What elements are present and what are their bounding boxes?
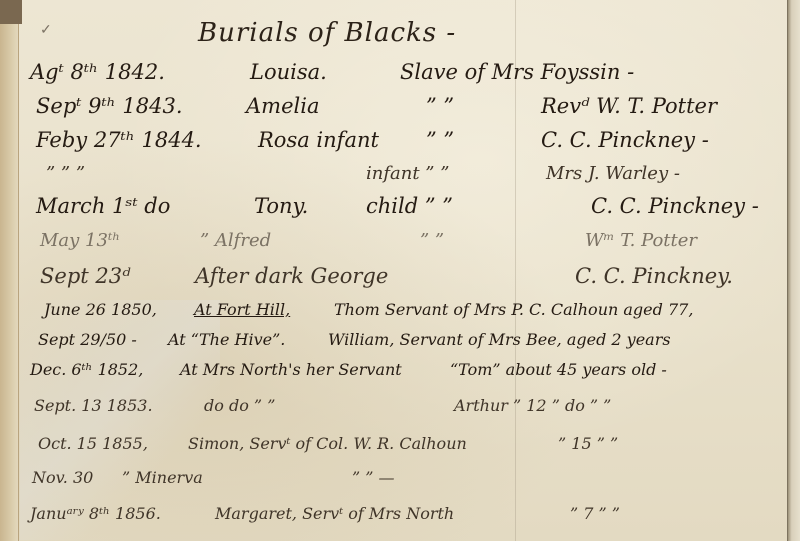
- entry-date: Feby 27ᵗʰ 1844.: [36, 128, 202, 152]
- entry-description: child ” ”: [366, 194, 453, 218]
- entry-owner: C. C. Pinckney -: [541, 128, 709, 152]
- entry-date: Sept. 13 1853.: [34, 396, 153, 415]
- binding-corner: [0, 0, 22, 24]
- entry-description: Thom Servant of Mrs P. C. Calhoun aged 7…: [334, 300, 693, 319]
- entry-description: Arthur ” 12 ” do ” ”: [454, 396, 611, 415]
- entry-name: Louisa.: [250, 60, 327, 84]
- entry-date: March 1ˢᵗ do: [36, 194, 170, 218]
- entry-date: Dec. 6ᵗʰ 1852,: [30, 360, 143, 379]
- entry-name: Simon, Servᵗ of Col. W. R. Calhoun: [188, 434, 467, 453]
- entry-date: Oct. 15 1855,: [38, 434, 148, 453]
- burial-entry: Feby 27ᵗʰ 1844. Rosa infant ” ” C. C. Pi…: [36, 128, 776, 156]
- entry-owner: C. C. Pinckney -: [591, 194, 759, 218]
- entry-owner: Revᵈ W. T. Potter: [541, 94, 717, 118]
- entry-owner: C. C. Pinckney.: [575, 264, 733, 288]
- entry-description: ” ”: [420, 230, 444, 251]
- entry-date: Sept 29/50 -: [38, 330, 137, 349]
- manuscript-page: ✓ Burials of Blacks - Agᵗ 8ᵗʰ 1842. Loui…: [0, 0, 800, 541]
- entry-description: ” ”: [426, 128, 454, 152]
- entry-description: “Tom” about 45 years old -: [450, 360, 667, 379]
- entry-name: After dark George: [195, 264, 388, 288]
- entry-date: Sepᵗ 9ᵗʰ 1843.: [36, 94, 183, 118]
- entry-date: June 26 1850,: [44, 300, 157, 319]
- burial-entry: March 1ˢᵗ do Tony. child ” ” C. C. Pinck…: [36, 194, 776, 222]
- burial-entry: May 13ᵗʰ ” Alfred ” ” Wᵐ T. Potter: [40, 230, 780, 258]
- burial-entry: Nov. 30 ” Minerva ” ” —: [32, 468, 772, 496]
- entry-description: ” ”: [426, 94, 454, 118]
- burial-entry: June 26 1850, At Fort Hill, Thom Servant…: [44, 300, 784, 328]
- burial-entry: Dec. 6ᵗʰ 1852, At Mrs North's her Servan…: [30, 360, 770, 388]
- entry-location: do do ” ”: [204, 396, 275, 415]
- entry-date: Januᵃʳʸ 8ᵗʰ 1856.: [30, 504, 161, 523]
- entry-description: ” 7 ” ”: [570, 504, 620, 523]
- entry-name: ” Alfred: [200, 230, 271, 251]
- entry-name: Amelia: [246, 94, 319, 118]
- entry-name: Tony.: [254, 194, 308, 218]
- entry-date: Nov. 30: [32, 468, 93, 487]
- entry-description: ” ” —: [352, 468, 395, 487]
- burial-entry: Agᵗ 8ᵗʰ 1842. Louisa. Slave of Mrs Foyss…: [30, 60, 770, 88]
- entry-description: Slave of Mrs Foyssin -: [400, 60, 634, 84]
- burial-entry: Sept. 13 1853. do do ” ” Arthur ” 12 ” d…: [34, 396, 774, 424]
- book-binding-left: [0, 0, 19, 541]
- margin-check-mark: ✓: [40, 22, 52, 38]
- entry-name: Margaret, Servᵗ of Mrs North: [215, 504, 454, 523]
- entry-name: ” Minerva: [122, 468, 203, 487]
- burial-entry: Sept 29/50 - At “The Hive”. William, Ser…: [38, 330, 788, 358]
- entry-location: At Fort Hill,: [194, 300, 290, 319]
- entry-date: Agᵗ 8ᵗʰ 1842.: [30, 60, 165, 84]
- entry-date: ” ” ”: [46, 163, 85, 184]
- entry-name: Rosa infant: [258, 128, 379, 152]
- entry-description: ” 15 ” ”: [558, 434, 618, 453]
- entry-owner: Mrs J. Warley -: [546, 163, 680, 184]
- burial-entry: ” ” ” infant ” ” Mrs J. Warley -: [46, 163, 786, 191]
- entry-date: Sept 23ᵈ: [40, 264, 131, 288]
- burial-entry: Oct. 15 1855, Simon, Servᵗ of Col. W. R.…: [38, 434, 778, 462]
- burial-entry: Januᵃʳʸ 8ᵗʰ 1856. Margaret, Servᵗ of Mrs…: [30, 504, 770, 532]
- burial-entry: Sepᵗ 9ᵗʰ 1843. Amelia ” ” Revᵈ W. T. Pot…: [36, 94, 776, 122]
- page-title: Burials of Blacks -: [198, 18, 456, 48]
- entry-location: At Mrs North's her Servant: [180, 360, 402, 379]
- entry-owner: Wᵐ T. Potter: [585, 230, 697, 251]
- entry-description: William, Servant of Mrs Bee, aged 2 year…: [328, 330, 671, 349]
- page-edge-right: [787, 0, 800, 541]
- entry-location: At “The Hive”.: [168, 330, 285, 349]
- entry-date: May 13ᵗʰ: [40, 230, 120, 251]
- burial-entry: Sept 23ᵈ After dark George C. C. Pinckne…: [40, 264, 780, 292]
- entry-description: infant ” ”: [366, 163, 449, 184]
